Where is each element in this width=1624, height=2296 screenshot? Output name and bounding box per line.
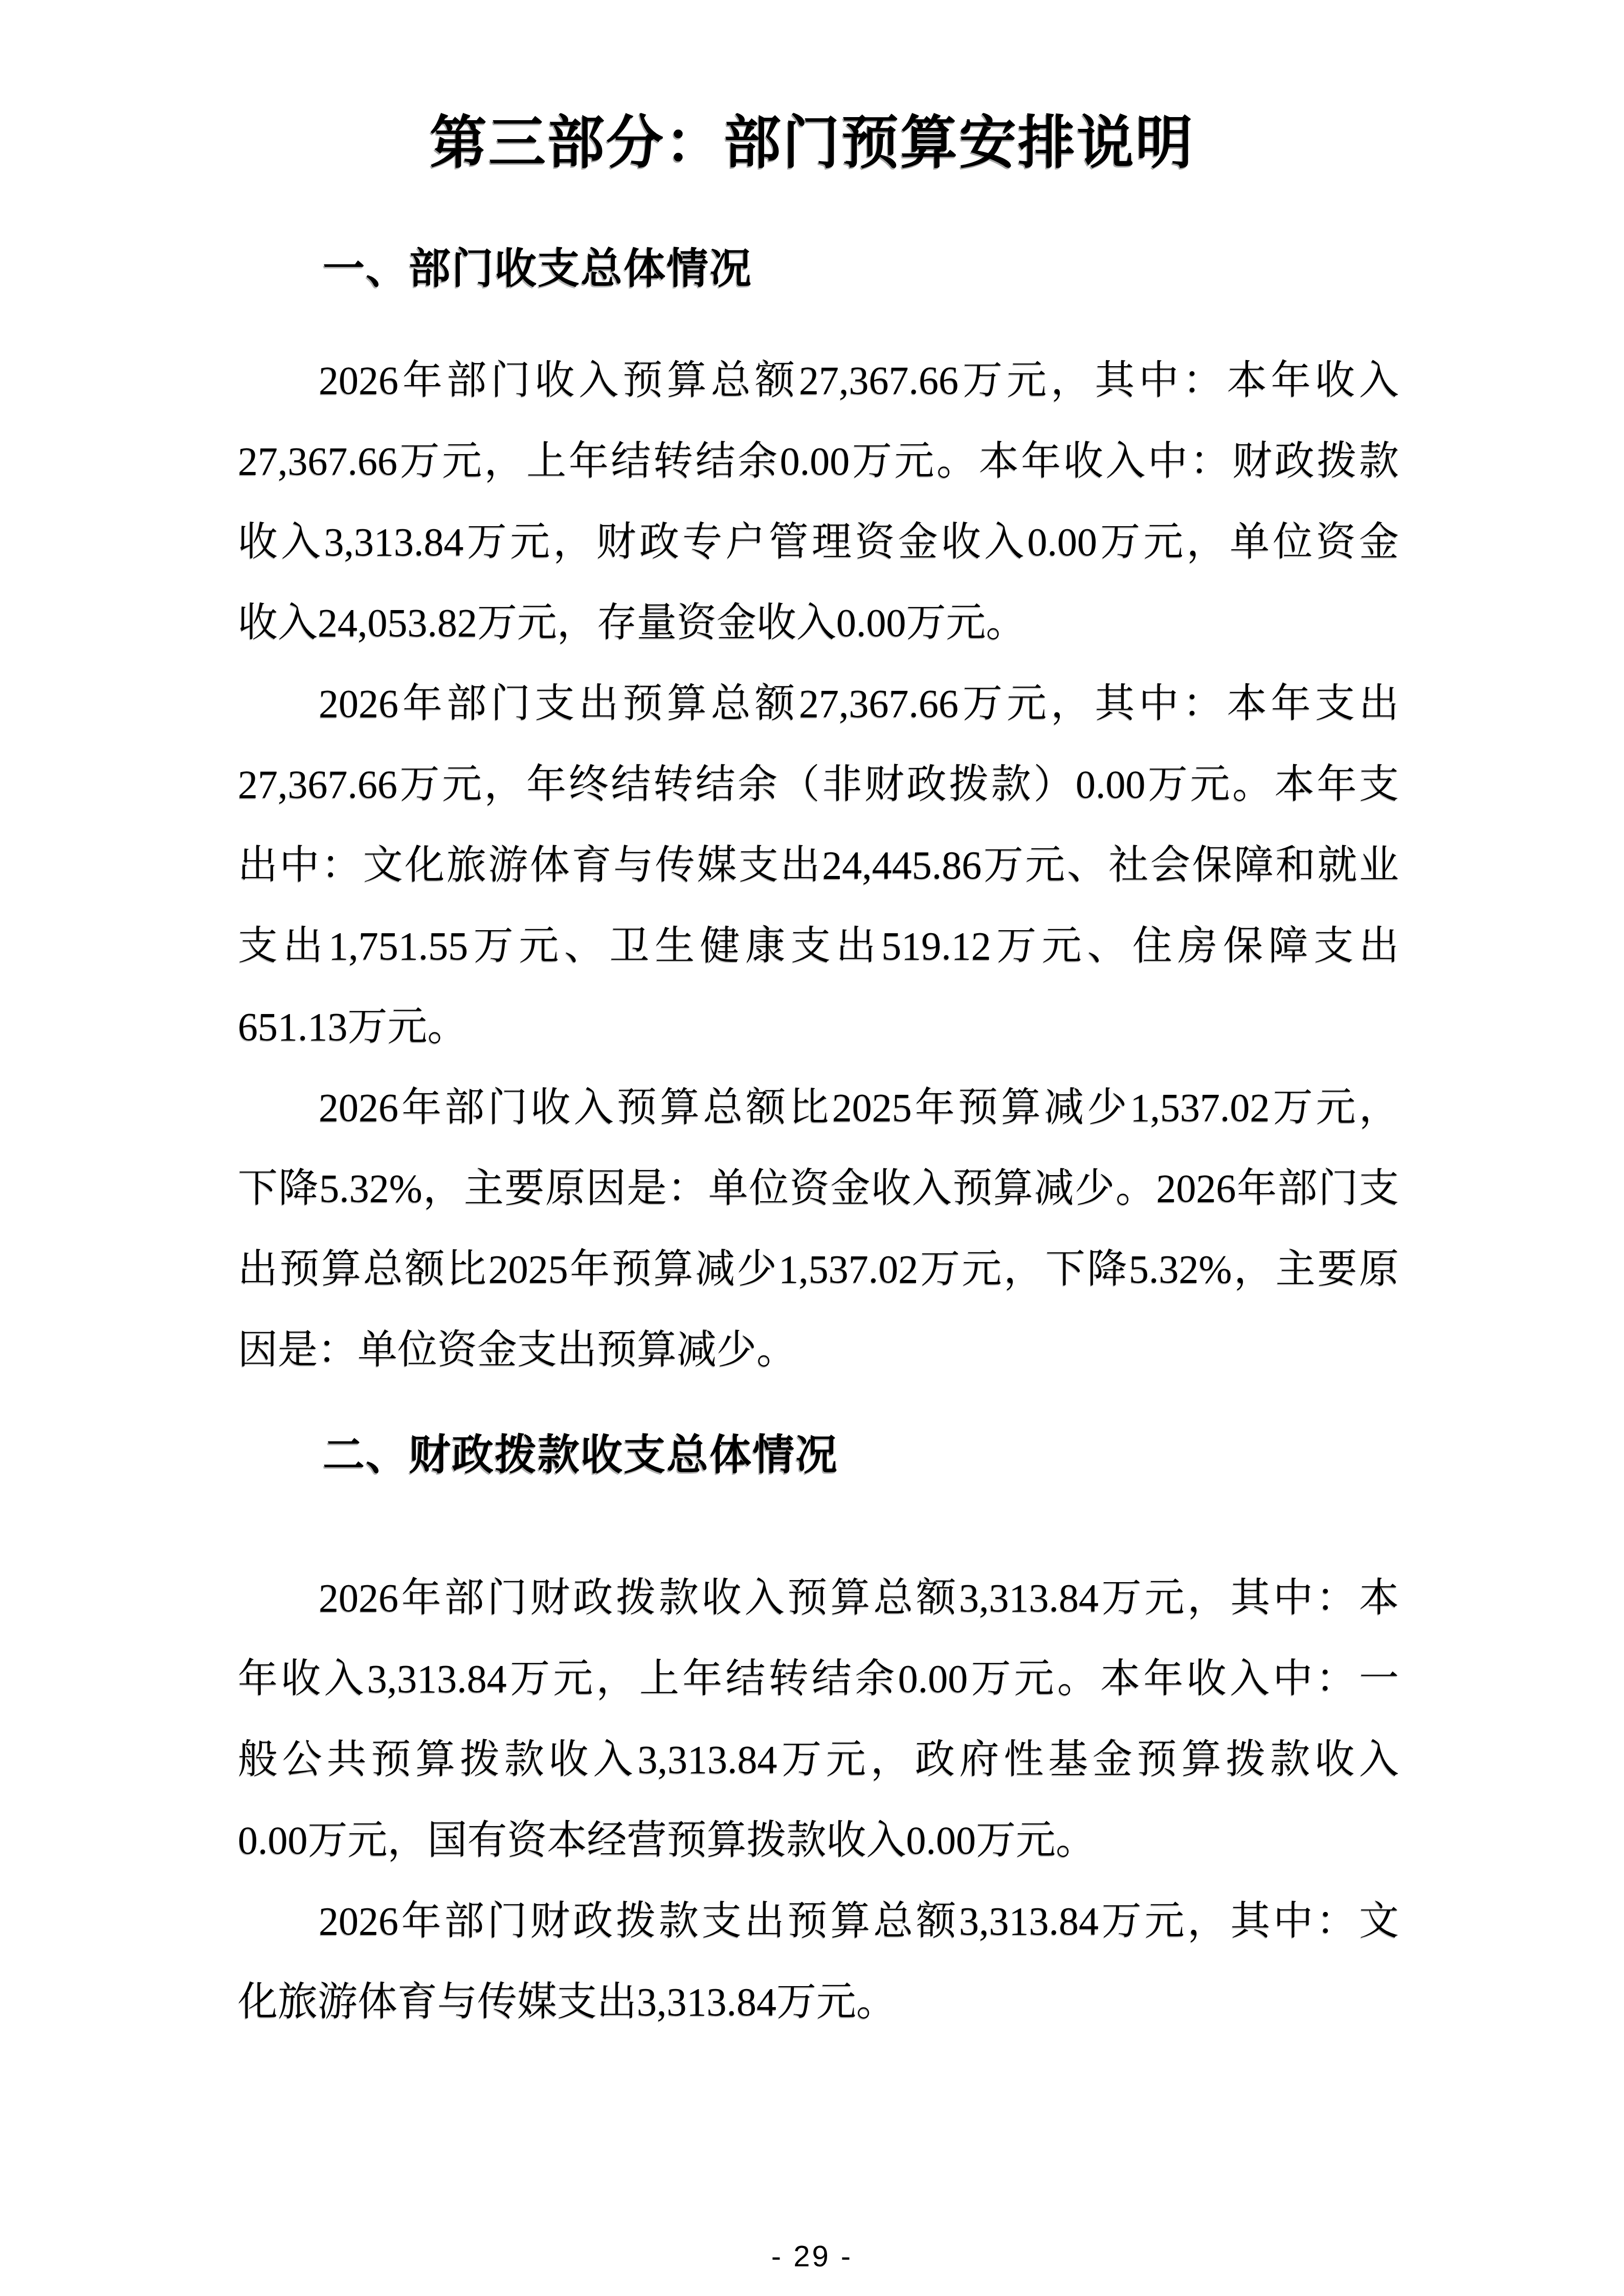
- paragraph-fiscal-income: 2026年部门财政拨款收入预算总额3,313.84万元，其中：本 年收入3,31…: [238, 1558, 1399, 1881]
- text-line: 651.13万元。: [238, 986, 1399, 1067]
- text-line: 2026年部门财政拨款支出预算总额3,313.84万元，其中：文: [238, 1881, 1399, 1962]
- paragraph-yearly-comparison: 2026年部门收入预算总额比2025年预算减少1,537.02万元， 下降5.3…: [238, 1067, 1399, 1390]
- text-line: 年收入3,313.84万元，上年结转结余0.00万元。本年收入中：一: [238, 1638, 1399, 1719]
- text-line: 出中：文化旅游体育与传媒支出24,445.86万元、社会保障和就业: [238, 825, 1399, 906]
- text-line: 2026年部门收入预算总额比2025年预算减少1,537.02万元，: [238, 1067, 1399, 1148]
- text-line: 因是：单位资金支出预算减少。: [238, 1310, 1399, 1390]
- text-line: 收入3,313.84万元，财政专户管理资金收入0.00万元，单位资金: [238, 502, 1399, 582]
- section-2-heading: 二、财政拨款收支总体情况: [238, 1427, 1399, 1484]
- section-1-heading: 一、部门收支总体情况: [238, 240, 1399, 298]
- text-line: 0.00万元，国有资本经营预算拨款收入0.00万元。: [238, 1800, 1399, 1881]
- text-line: 收入24,053.82万元，存量资金收入0.00万元。: [238, 582, 1399, 663]
- paragraph-expense-overview: 2026年部门支出预算总额27,367.66万元，其中：本年支出 27,367.…: [238, 663, 1399, 1067]
- text-line: 化旅游体育与传媒支出3,313.84万元。: [238, 1962, 1399, 2042]
- text-line: 下降5.32%，主要原因是：单位资金收入预算减少。2026年部门支: [238, 1148, 1399, 1229]
- text-line: 2026年部门财政拨款收入预算总额3,313.84万元，其中：本: [238, 1558, 1399, 1638]
- text-line: 般公共预算拨款收入3,313.84万元，政府性基金预算拨款收入: [238, 1719, 1399, 1800]
- text-line: 27,367.66万元，年终结转结余（非财政拨款）0.00万元。本年支: [238, 744, 1399, 825]
- text-line: 27,367.66万元，上年结转结余0.00万元。本年收入中：财政拨款: [238, 421, 1399, 502]
- text-line: 支出1,751.55万元、卫生健康支出519.12万元、住房保障支出: [238, 906, 1399, 986]
- text-line: 2026年部门支出预算总额27,367.66万元，其中：本年支出: [238, 663, 1399, 744]
- text-line: 2026年部门收入预算总额27,367.66万元，其中：本年收入: [238, 340, 1399, 421]
- page-title: 第三部分：部门预算安排说明: [0, 110, 1624, 176]
- paragraph-income-overview: 2026年部门收入预算总额27,367.66万元，其中：本年收入 27,367.…: [238, 340, 1399, 663]
- page-number: - 29 -: [0, 2239, 1624, 2275]
- document-page: 第三部分：部门预算安排说明 一、部门收支总体情况 2026年部门收入预算总额27…: [0, 0, 1624, 2296]
- text-line: 出预算总额比2025年预算减少1,537.02万元，下降5.32%，主要原: [238, 1229, 1399, 1310]
- paragraph-fiscal-expense: 2026年部门财政拨款支出预算总额3,313.84万元，其中：文 化旅游体育与传…: [238, 1881, 1399, 2042]
